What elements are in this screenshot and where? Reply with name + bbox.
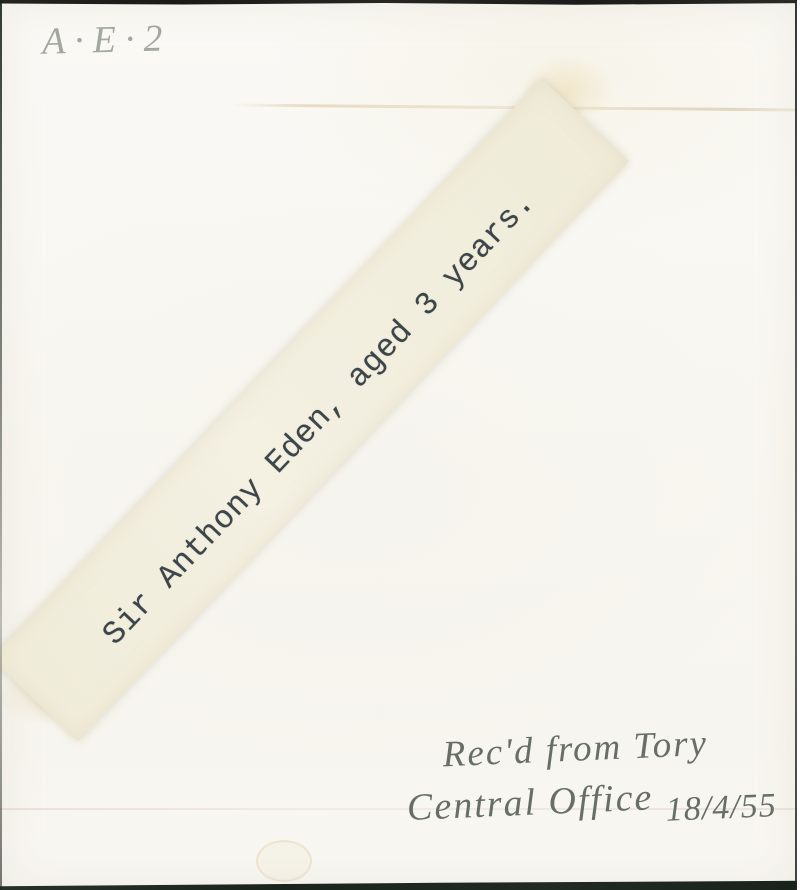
paper-ring-stain xyxy=(256,840,312,882)
received-note-date: 18/4/55 xyxy=(665,789,777,828)
photo-back-scan: Sir Anthony Eden, aged 3 years. A·E·2 Re… xyxy=(0,0,800,890)
photo-right-edge xyxy=(795,0,797,890)
received-note-line2-text: Central Office xyxy=(406,778,654,827)
received-note: Rec'd from Tory Central Office 18/4/55 xyxy=(404,722,777,839)
photo-left-edge xyxy=(0,0,2,890)
archive-code-annotation: A·E·2 xyxy=(41,16,172,63)
